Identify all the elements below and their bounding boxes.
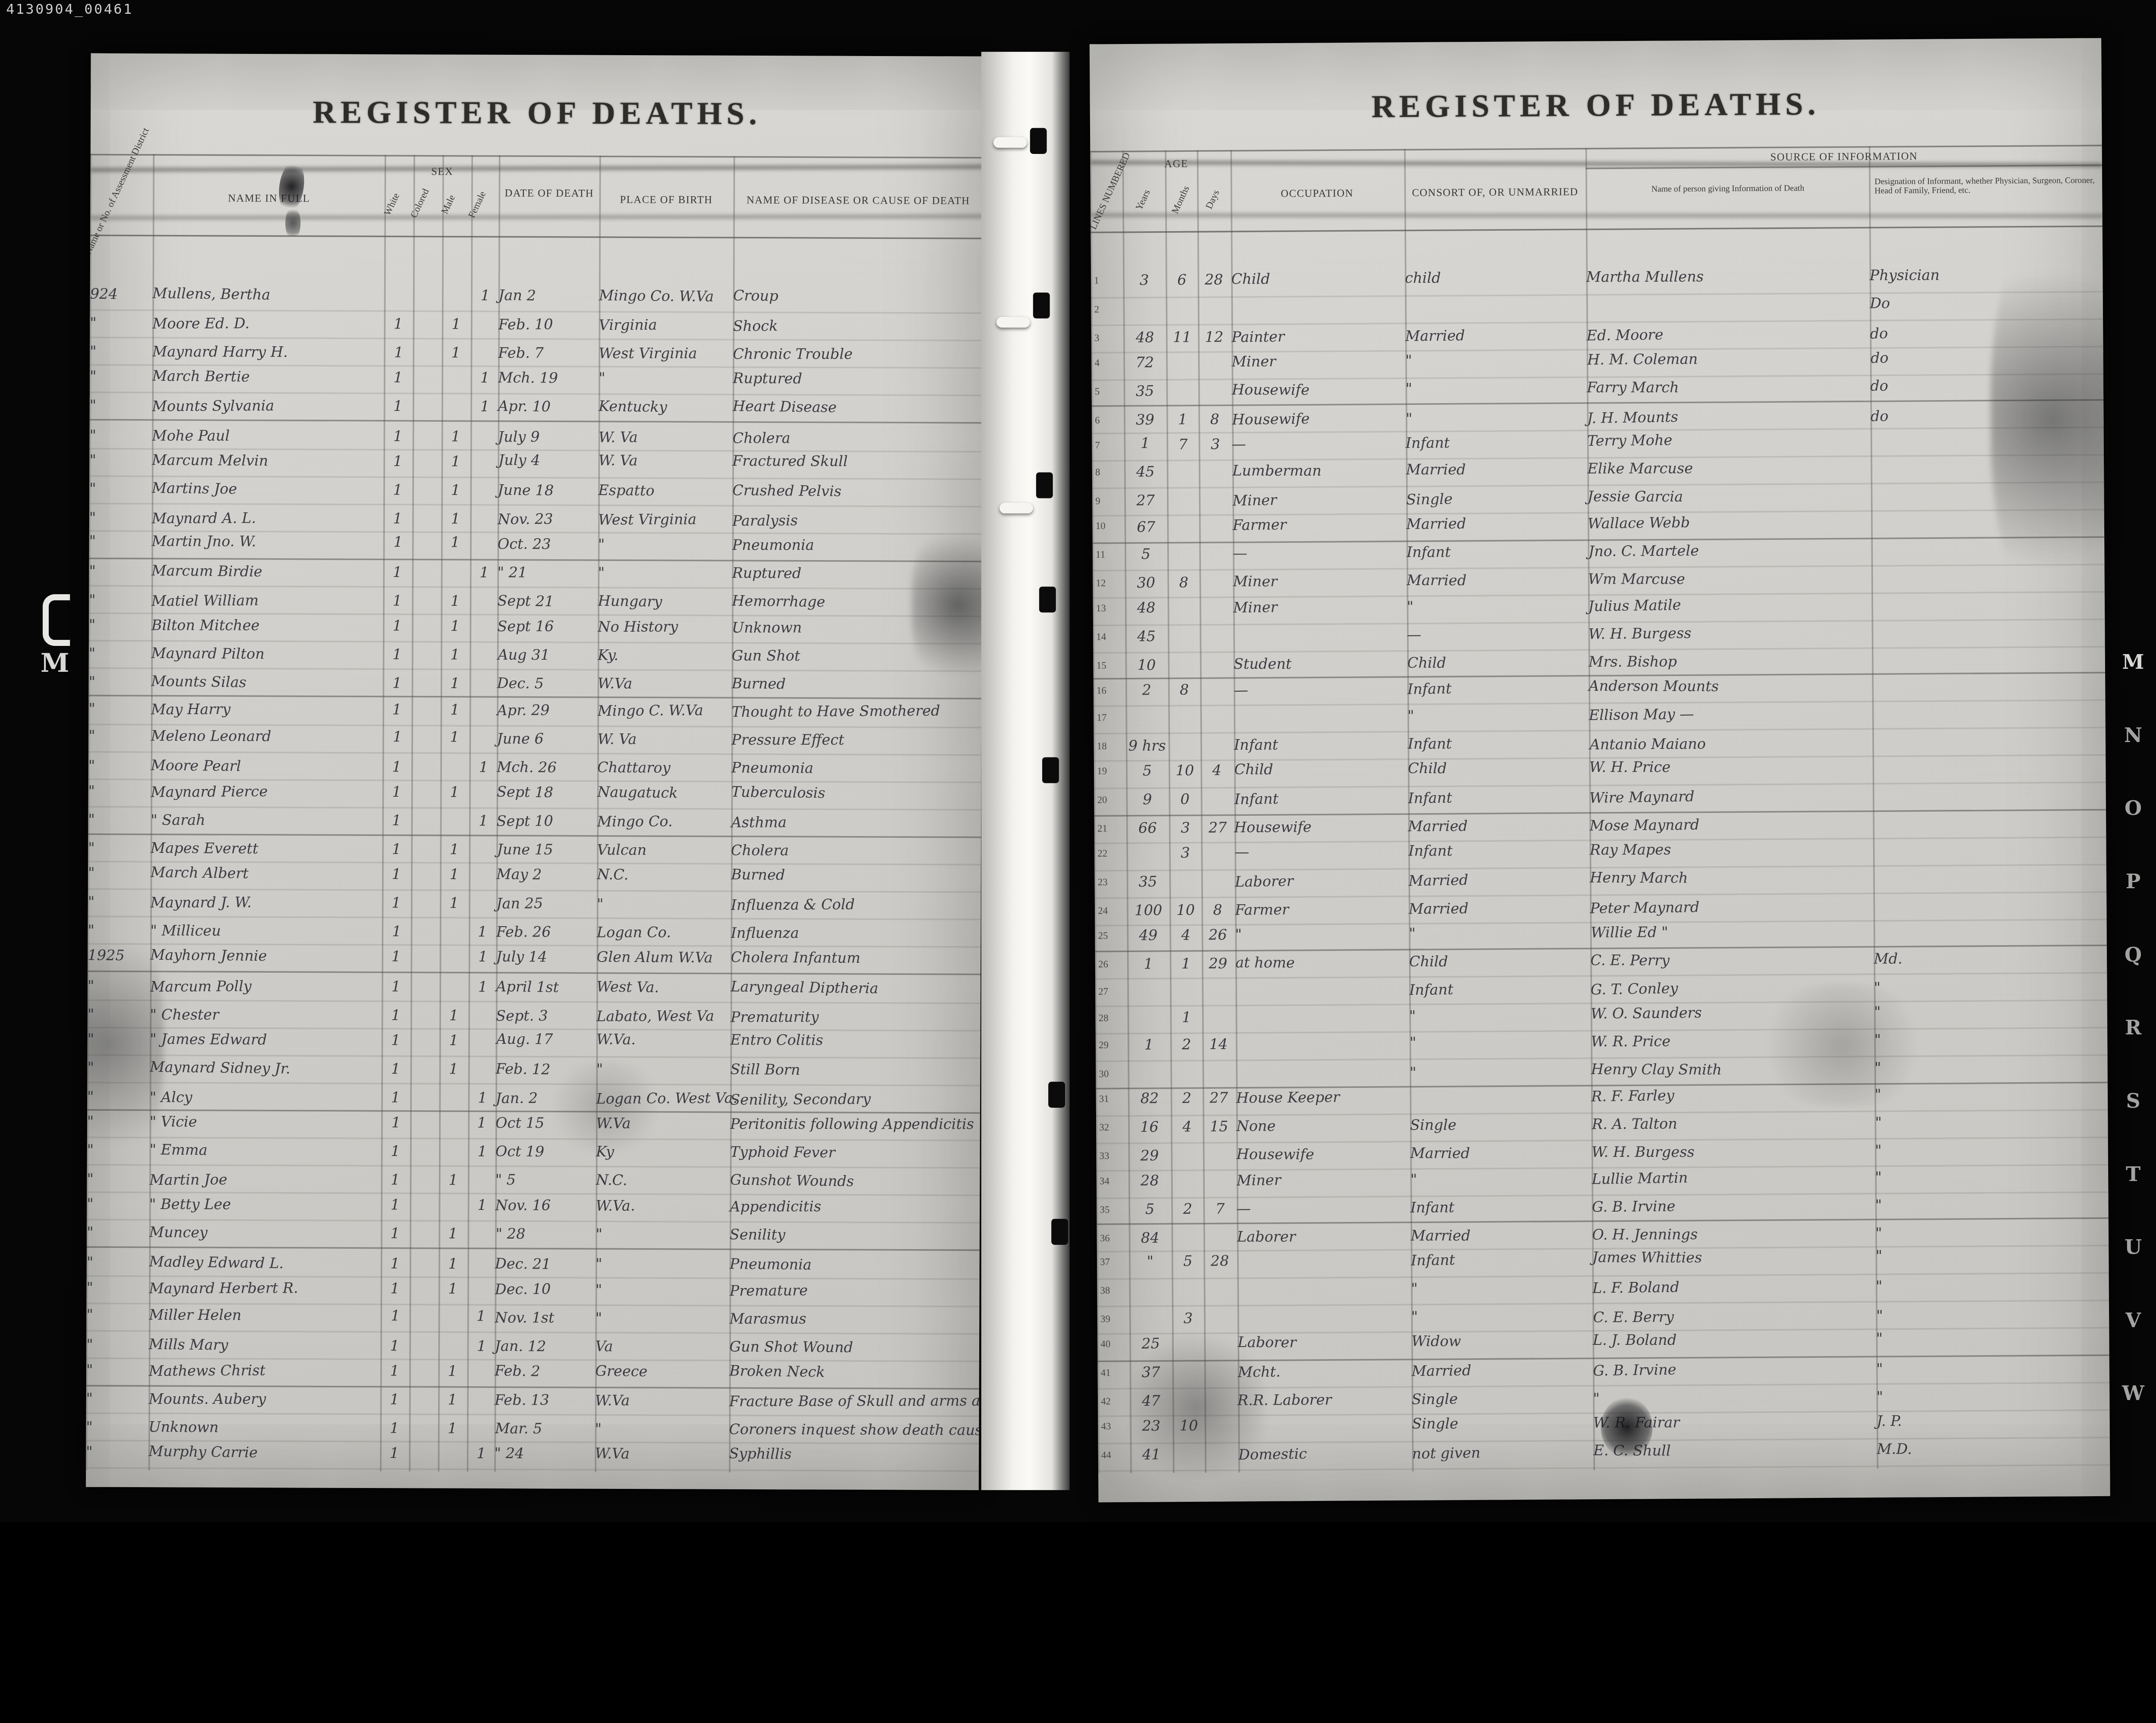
- cell-ca: Cholera: [732, 423, 982, 452]
- cell-dt: Aug 31: [498, 642, 598, 670]
- cell-n: Bilton Mitchee: [151, 612, 383, 640]
- cell-co: Infant: [1409, 977, 1591, 1006]
- cell-dy: 15: [1203, 1114, 1236, 1141]
- cell-dt: " 21: [498, 559, 598, 587]
- cell-d: ": [89, 586, 151, 614]
- cell-pl: ": [595, 1250, 730, 1278]
- binding-post: [1030, 128, 1047, 154]
- cell-w: [385, 282, 414, 310]
- cell-n: Moore Pearl: [151, 752, 383, 781]
- cell-n: Marcum Melvin: [152, 446, 384, 475]
- cell-m: 1: [441, 530, 469, 558]
- cell-n: Mohe Paul: [152, 422, 384, 449]
- cell-dy: [1203, 1168, 1236, 1195]
- cell-inf: W. H. Burgess: [1592, 1140, 1875, 1167]
- cell-w: 1: [383, 778, 412, 805]
- cell-c: [409, 1440, 438, 1468]
- cell-dt: Feb. 13: [495, 1386, 595, 1414]
- cell-f: 1: [467, 1109, 496, 1137]
- cell-dt: June 15: [497, 836, 597, 864]
- cell-n: Mayhorn Jennie: [150, 942, 382, 972]
- cell-inf: L. F. Boland: [1593, 1273, 1877, 1304]
- cell-mo: [1167, 488, 1200, 516]
- cell-pl: W. Va: [599, 448, 733, 476]
- cell-c: [411, 890, 439, 917]
- cell-dy: [1203, 979, 1235, 1007]
- cell-m: [442, 282, 470, 310]
- cell-n: Maynard Herbert R.: [149, 1274, 382, 1302]
- cell-ln: 44: [1098, 1442, 1134, 1469]
- right-grid-lines: [1090, 38, 2101, 44]
- cell-d: ": [90, 392, 152, 420]
- cell-ca: Ruptured: [733, 365, 983, 395]
- cell-pl: W. Va: [597, 725, 731, 753]
- cell-dy: [1200, 488, 1232, 516]
- table-row: "Moore Ed. D.11Feb. 10VirginiaShock: [90, 310, 983, 342]
- cell-f: [469, 588, 498, 615]
- cell-mo: [1167, 513, 1200, 541]
- cell-dt: July 14: [497, 944, 597, 972]
- cell-c: [412, 670, 441, 698]
- cell-f: 1: [469, 807, 497, 835]
- cell-y: 2: [1126, 677, 1169, 705]
- cell-y: 72: [1124, 350, 1166, 377]
- cell-w: 1: [383, 613, 412, 640]
- cell-ln: 1: [1091, 268, 1126, 295]
- cell-dy: [1201, 734, 1233, 761]
- cell-m: [439, 1192, 467, 1219]
- cell-pl: ": [595, 1304, 730, 1332]
- cell-ln: 35: [1097, 1197, 1132, 1225]
- cell-dy: 26: [1202, 922, 1235, 949]
- cell-oc: Laborer: [1237, 1331, 1411, 1359]
- cell-co: Infant: [1406, 540, 1589, 567]
- cell-n: Miller Helen: [149, 1303, 381, 1331]
- cell-pl: Labato, West Va: [596, 1002, 730, 1030]
- cell-oc: ": [1235, 921, 1409, 949]
- cell-c: [412, 724, 440, 752]
- cell-w: 1: [384, 447, 413, 475]
- cell-mo: 3: [1169, 841, 1202, 868]
- cell-c: [411, 972, 440, 1000]
- cell-dt: Apr. 10: [498, 393, 599, 422]
- cell-dt: Feb. 2: [495, 1357, 595, 1386]
- cell-mo: 6: [1166, 268, 1198, 295]
- table-row: "Mounts. Aubery11Feb. 13W.VaFracture Bas…: [86, 1385, 979, 1417]
- index-tab-letter-left: M: [40, 649, 70, 680]
- cell-ln: 7: [1092, 432, 1127, 460]
- cell-y: [1123, 296, 1166, 324]
- cell-ca: Fractured Skull: [732, 448, 982, 477]
- cell-w: 1: [384, 558, 413, 586]
- cell-m: 1: [438, 1386, 467, 1414]
- cell-dt: Sept 21: [498, 587, 598, 616]
- cell-mo: 8: [1168, 677, 1201, 705]
- cell-co: ": [1405, 376, 1588, 404]
- cell-oc: [1231, 294, 1405, 324]
- cell-y: 49: [1127, 923, 1170, 950]
- cell-oc: —: [1232, 430, 1406, 459]
- cell-dt: Dec. 10: [495, 1275, 595, 1303]
- cell-co: Single: [1411, 1386, 1594, 1415]
- table-row: "Marcum Melvin11July 4W. VaFractured Sku…: [89, 447, 982, 479]
- cell-ca: Fracture Base of Skull and arms and leg: [729, 1387, 979, 1416]
- cell-co: Infant: [1406, 429, 1588, 457]
- cell-c: [413, 447, 442, 475]
- cell-ln: 24: [1095, 898, 1131, 925]
- cell-oc: Housewife: [1231, 377, 1405, 405]
- cell-m: 1: [440, 861, 469, 889]
- cell-m: 1: [440, 836, 469, 863]
- index-tab-letter: Q: [2118, 945, 2149, 968]
- cell-f: [469, 695, 497, 723]
- cell-w: 1: [382, 1055, 411, 1083]
- cell-dt: Dec. 5: [498, 670, 598, 699]
- cell-ca: Entro Colitis: [730, 1028, 980, 1056]
- cell-oc: Laborer: [1234, 867, 1408, 897]
- col-header-cause: NAME OF DISEASE OR CAUSE OF DEATH: [733, 194, 983, 207]
- cell-des: [1873, 728, 2106, 757]
- cell-w: 1: [384, 422, 413, 450]
- cell-oc: Housewife: [1234, 815, 1408, 843]
- cell-f: [468, 890, 497, 918]
- cell-mo: [1168, 623, 1200, 651]
- cell-des: [1874, 864, 2106, 892]
- cell-m: [439, 972, 468, 1000]
- cell-dy: [1201, 705, 1234, 733]
- cell-c: [412, 476, 441, 504]
- cell-ln: 13: [1093, 595, 1128, 623]
- cell-mo: [1166, 378, 1199, 405]
- cell-n: May Harry: [151, 695, 383, 723]
- cell-f: [467, 1250, 496, 1278]
- cell-dy: [1203, 1004, 1235, 1031]
- cell-dy: [1200, 652, 1233, 679]
- cell-m: 1: [438, 1275, 467, 1302]
- cell-ln: 33: [1096, 1143, 1131, 1171]
- cell-w: 1: [381, 1332, 410, 1360]
- cell-co: ": [1409, 920, 1591, 948]
- cell-ca: Influenza & Cold: [731, 890, 981, 919]
- cell-mo: [1168, 595, 1200, 623]
- binding-post: [1042, 757, 1059, 783]
- binding-post: [1039, 586, 1056, 612]
- cell-ca: Premature: [729, 1275, 979, 1304]
- cell-y: [1128, 1005, 1171, 1032]
- cell-n: Moore Ed. D.: [152, 310, 385, 338]
- cell-oc: Child: [1231, 267, 1405, 294]
- cell-m: 1: [440, 778, 469, 806]
- register-left-page: REGISTER OF DEATHS. Name or No. of Asses…: [86, 53, 984, 1490]
- cell-dy: [1200, 542, 1232, 569]
- cell-n: Martins Joe: [152, 474, 384, 504]
- cell-ln: 30: [1096, 1062, 1131, 1089]
- cell-dt: Sept 18: [497, 778, 598, 807]
- cell-f: 1: [467, 1332, 495, 1360]
- cell-d: ": [88, 859, 151, 888]
- cell-w: 1: [383, 670, 412, 698]
- col-header-source: SOURCE OF INFORMATION: [1586, 149, 2102, 169]
- cell-f: [468, 836, 497, 864]
- index-tab-letter: M: [2118, 652, 2149, 675]
- index-tab-letter: P: [2118, 871, 2149, 894]
- cell-ln: 29: [1096, 1033, 1131, 1060]
- cell-des: [1874, 835, 2106, 863]
- cell-oc: Domestic: [1238, 1440, 1412, 1469]
- cell-inf: Antanio Maiano: [1589, 730, 1873, 759]
- cell-co: Married: [1408, 813, 1590, 842]
- cell-mo: [1172, 1278, 1205, 1306]
- cell-m: 1: [438, 1357, 467, 1385]
- cell-mo: [1168, 542, 1200, 569]
- cell-oc: —: [1233, 675, 1407, 705]
- cell-pl: ": [599, 365, 733, 393]
- cell-c: [413, 364, 442, 392]
- cell-d: ": [88, 669, 151, 697]
- cell-ca: Senility: [730, 1222, 980, 1250]
- cell-f: [468, 861, 497, 889]
- cell-y: [1128, 980, 1170, 1007]
- cell-inf: W. H. Burgess: [1589, 619, 1872, 649]
- cell-co: ": [1405, 404, 1588, 433]
- cell-pl: N.C.: [597, 861, 731, 890]
- cell-mo: [1166, 350, 1199, 377]
- cell-ca: Tuberculosis: [731, 778, 981, 809]
- cell-y: 9 hrs: [1126, 734, 1169, 761]
- cell-co: ": [1405, 348, 1588, 375]
- cell-d: ": [87, 1273, 149, 1301]
- cell-c: [411, 1109, 439, 1137]
- cell-f: [470, 339, 498, 367]
- col-header-days: Days: [1202, 183, 1226, 217]
- cell-dt: Feb. 10: [499, 311, 599, 339]
- cell-y: 5: [1129, 1197, 1172, 1224]
- cell-mo: 3: [1169, 816, 1201, 843]
- cell-des: J. P.: [1877, 1408, 2110, 1436]
- cell-pl: Hungary: [598, 588, 732, 617]
- cell-pl: Mingo Co. W.Va: [599, 282, 733, 311]
- cell-des: ": [1876, 1190, 2109, 1220]
- cell-ln: 37: [1097, 1250, 1133, 1278]
- cell-pl: W. Va: [599, 423, 733, 451]
- table-row: "Meleno Leonard11June 6W. VaPressure Eff…: [88, 723, 981, 755]
- cell-pl: W.Va: [595, 1387, 729, 1415]
- cell-f: [470, 448, 498, 475]
- cell-des: ": [1875, 1138, 2108, 1165]
- cell-dt: Mar. 5: [495, 1415, 595, 1443]
- cell-w: 1: [384, 505, 412, 533]
- cell-ln: 4: [1091, 350, 1127, 377]
- index-tab-letter: N: [2118, 725, 2149, 748]
- cell-co: ": [1410, 1165, 1592, 1194]
- cell-n: " Emma: [150, 1136, 382, 1166]
- cell-ca: Shock: [733, 311, 983, 340]
- cell-inf: Wallace Webb: [1588, 508, 1872, 539]
- cell-c: [411, 807, 440, 835]
- microfilm-scan: 4130904_00461 M REGISTER OF DEATHS. Name…: [0, 0, 2156, 1522]
- cell-inf: L. J. Boland: [1593, 1328, 1877, 1355]
- cell-co: Married: [1411, 1357, 1594, 1386]
- cell-dy: [1203, 1061, 1236, 1088]
- cell-ca: Crushed Pelvis: [732, 476, 982, 507]
- cell-f: [467, 1167, 496, 1194]
- cell-ln: 14: [1093, 624, 1128, 652]
- cell-y: 39: [1124, 407, 1167, 434]
- table-row: "Mounts Sylvania11Apr. 10KentuckyHeart D…: [90, 392, 983, 424]
- cell-mo: 10: [1169, 759, 1201, 786]
- cell-inf: Farry March: [1587, 375, 1871, 402]
- cell-co: Widow: [1411, 1329, 1593, 1357]
- cell-d: ": [89, 504, 152, 531]
- cell-pl: Chattaroy: [597, 753, 731, 782]
- cell-pl: Naugatuck: [597, 778, 731, 808]
- cell-ln: 8: [1092, 461, 1128, 488]
- cell-co: Married: [1406, 511, 1589, 539]
- cell-c: [411, 753, 440, 781]
- col-header-place: PLACE OF BIRTH: [599, 194, 733, 207]
- col-header-date: DATE OF DEATH: [499, 187, 599, 200]
- cell-dt: July 4: [498, 448, 599, 476]
- cell-y: ": [1129, 1250, 1172, 1277]
- cell-dy: [1199, 350, 1231, 377]
- cell-c: [411, 1001, 439, 1029]
- cell-co: Infant: [1407, 674, 1589, 704]
- cell-inf: C. E. Perry: [1591, 948, 1874, 975]
- cell-w: 1: [382, 1026, 411, 1054]
- cell-oc: Child: [1234, 758, 1408, 786]
- register-right-page: REGISTER OF DEATHS. LINES NUMBERED AGE Y…: [1090, 38, 2110, 1502]
- cell-oc: Miner: [1232, 569, 1407, 597]
- cell-co: [1410, 1084, 1592, 1112]
- cell-w: 1: [381, 1249, 410, 1277]
- cell-mo: [1169, 734, 1201, 761]
- cell-co: Single: [1412, 1411, 1594, 1438]
- cell-ln: 25: [1095, 923, 1130, 950]
- cell-c: [411, 943, 440, 971]
- index-tab-letter: U: [2118, 1237, 2149, 1260]
- cell-f: 1: [467, 1138, 496, 1166]
- cell-inf: Ellison May —: [1589, 700, 1873, 731]
- cell-pl: West Virginia: [598, 505, 732, 534]
- cell-f: [470, 505, 498, 533]
- cell-y: 48: [1125, 595, 1168, 623]
- cell-oc: [1233, 622, 1407, 651]
- cell-n: Madley Edward L.: [149, 1247, 381, 1278]
- cell-w: 1: [380, 1440, 409, 1468]
- cell-dt: Nov. 23: [498, 505, 598, 533]
- cell-d: ": [88, 777, 151, 805]
- cell-y: 3: [1123, 268, 1166, 296]
- cell-n: Mounts Sylvania: [152, 392, 385, 421]
- cell-pl: Espatto: [598, 476, 732, 505]
- film-frame-label: 4130904_00461: [6, 3, 133, 18]
- cell-y: [1129, 1278, 1172, 1306]
- cell-f: 1: [468, 919, 497, 946]
- cell-n: " Chester: [150, 1001, 382, 1028]
- cell-y: 27: [1125, 489, 1167, 516]
- cell-f: [469, 613, 498, 640]
- cell-dt: Oct. 23: [498, 530, 598, 558]
- cell-y: 10: [1126, 652, 1169, 680]
- cell-dy: [1204, 1225, 1236, 1252]
- cell-dy: [1204, 1278, 1237, 1306]
- cell-mo: 5: [1172, 1250, 1204, 1277]
- cell-m: 1: [439, 1026, 468, 1054]
- cell-inf: Terry Mohe: [1588, 427, 1871, 457]
- cell-des: ": [1876, 1244, 2109, 1272]
- cell-w: 1: [382, 943, 411, 971]
- cell-dt: Feb. 7: [499, 340, 599, 367]
- cell-dy: [1200, 677, 1233, 704]
- cell-c: [411, 918, 439, 946]
- cell-des: ": [1876, 1220, 2109, 1248]
- cell-w: 1: [384, 364, 413, 392]
- cell-n: March Bertie: [152, 363, 385, 392]
- cell-co: Married: [1408, 895, 1591, 924]
- cell-d: ": [88, 723, 151, 751]
- cell-y: [1128, 1061, 1171, 1089]
- cell-ca: Appendicitis: [730, 1193, 980, 1222]
- cell-n: Mills Mary: [149, 1331, 381, 1360]
- cell-inf: [1587, 293, 1870, 321]
- cell-d: ": [88, 834, 150, 862]
- col-header-age: AGE: [1122, 158, 1230, 171]
- cell-c: [412, 613, 441, 640]
- table-row: "March Albert11May 2N.C.Burned: [88, 861, 981, 893]
- cell-f: [468, 1002, 496, 1029]
- cell-d: ": [86, 1413, 148, 1441]
- cell-dt: Mch. 19: [498, 365, 599, 393]
- cell-oc: Housewife: [1232, 405, 1406, 434]
- cell-m: 1: [439, 1167, 467, 1194]
- cell-ln: 23: [1094, 869, 1130, 897]
- cell-c: [411, 861, 440, 889]
- col-header-consort: CONSORT OF, OR UNMARRIED: [1404, 186, 1586, 199]
- cell-co: ": [1410, 1275, 1593, 1304]
- cell-m: [439, 943, 468, 971]
- cell-dt: Sept. 3: [496, 1002, 596, 1030]
- index-tab-letter: R: [2118, 1018, 2149, 1040]
- cell-m: 1: [440, 695, 469, 723]
- cell-c: [410, 1249, 439, 1277]
- cell-des: M.D.: [1877, 1437, 2110, 1465]
- cell-pl: Mingo Co.: [597, 808, 731, 836]
- cell-y: 45: [1125, 624, 1168, 652]
- cell-c: [411, 1055, 439, 1083]
- cell-pl: ": [595, 1416, 729, 1444]
- cell-m: 1: [440, 724, 469, 752]
- cell-inf: G. B. Irvine: [1592, 1192, 1876, 1222]
- cell-pl: Logan Co.: [597, 919, 731, 947]
- cell-m: [442, 393, 470, 421]
- cell-d: ": [88, 806, 151, 833]
- cell-f: [467, 1055, 496, 1083]
- cell-dt: Dec. 21: [495, 1250, 596, 1278]
- cell-m: [438, 1440, 467, 1468]
- cell-d: ": [89, 475, 152, 503]
- cell-co: ": [1409, 1002, 1592, 1030]
- cell-y: 82: [1128, 1086, 1171, 1114]
- cell-inf: Martha Mullens: [1587, 264, 1870, 292]
- cell-f: 1: [470, 282, 499, 310]
- cell-pl: Greece: [595, 1357, 729, 1387]
- cell-des: Md.: [1874, 946, 2107, 973]
- cell-f: 1: [467, 1192, 495, 1220]
- cell-m: 1: [441, 588, 470, 615]
- cell-y: 1: [1127, 951, 1170, 979]
- cell-inf: Henry March: [1590, 865, 1874, 893]
- cell-ln: 38: [1097, 1278, 1133, 1306]
